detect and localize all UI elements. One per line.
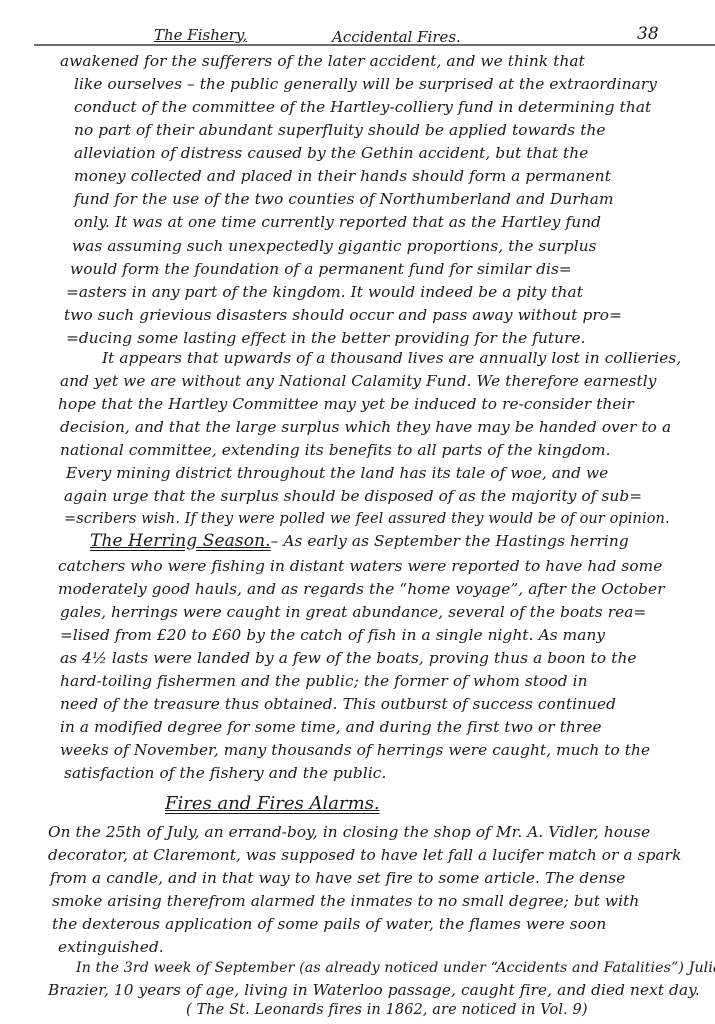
text-line: =ducing some lasting effect in the bette… <box>66 328 586 348</box>
text-line: =lised from £20 to £60 by the catch of f… <box>60 625 605 645</box>
text-line: again urge that the surplus should be di… <box>64 486 642 506</box>
text-line: was assuming such unexpectedly gigantic … <box>72 236 597 256</box>
text-line: as 4½ lasts were landed by a few of the … <box>60 648 637 668</box>
text-line: =scribers wish. If they were polled we f… <box>64 509 670 529</box>
text-line: decision, and that the large surplus whi… <box>60 417 671 437</box>
text-line: smoke arising therefrom alarmed the inma… <box>52 891 639 911</box>
footnote: ( The St. Leonards fires in 1862, are no… <box>186 1000 588 1020</box>
text-line: like ourselves – the public generally wi… <box>74 74 657 94</box>
text-line: weeks of November, many thousands of her… <box>60 740 650 760</box>
text-line: moderately good hauls, and as regards th… <box>58 579 665 599</box>
text-line: the dexterous application of some pails … <box>52 914 606 934</box>
text-line: fund for the use of the two counties of … <box>74 189 614 209</box>
text-line: Every mining district throughout the lan… <box>66 463 608 483</box>
text-line: money collected and placed in their hand… <box>74 166 611 186</box>
text-line: On the 25th of July, an errand-boy, in c… <box>48 822 650 842</box>
text-line: alleviation of distress caused by the Ge… <box>74 143 588 163</box>
section-heading-herring-season: The Herring Season. <box>90 531 271 551</box>
text-line: Brazier, 10 years of age, living in Wate… <box>48 980 700 1000</box>
page-number: 38 <box>637 24 659 44</box>
text-line: It appears that upwards of a thousand li… <box>102 348 681 368</box>
text-line: satisfaction of the fishery and the publ… <box>64 763 386 783</box>
text-line: decorator, at Claremont, was supposed to… <box>48 845 681 865</box>
text-line: In the 3rd week of September (as already… <box>76 958 715 978</box>
text-line: national committee, extending its benefi… <box>60 440 611 460</box>
header-topic-title: Accidental Fires. <box>332 28 461 46</box>
text-line: hope that the Hartley Committee may yet … <box>58 394 634 414</box>
text-line: from a candle, and in that way to have s… <box>50 868 625 888</box>
text-line: in a modified degree for some time, and … <box>60 717 602 737</box>
text-line: and yet we are without any National Cala… <box>60 371 657 391</box>
text-fragment: – As early as September the Hastings her… <box>271 532 629 550</box>
page-header: The Fishery, Accidental Fires. 38 <box>34 22 715 50</box>
text-line: awakened for the sufferers of the later … <box>60 51 585 71</box>
text-line: only. It was at one time currently repor… <box>74 212 601 232</box>
header-section-title: The Fishery, <box>154 26 247 44</box>
text-line: gales, herrings were caught in great abu… <box>60 602 646 622</box>
text-line: extinguished. <box>58 937 164 957</box>
text-line: no part of their abundant superfluity sh… <box>74 120 606 140</box>
herring-first-line: The Herring Season.– As early as Septemb… <box>90 531 629 551</box>
text-line: would form the foundation of a permanent… <box>70 259 572 279</box>
text-line: two such grievious disasters should occu… <box>64 305 622 325</box>
text-line: need of the treasure thus obtained. This… <box>60 694 616 714</box>
text-line: conduct of the committee of the Hartley-… <box>74 97 651 117</box>
text-line: hard-toiling fishermen and the public; t… <box>60 671 588 691</box>
text-line: catchers who were fishing in distant wat… <box>58 556 662 576</box>
text-line: =asters in any part of the kingdom. It w… <box>66 282 583 302</box>
manuscript-page: The Fishery, Accidental Fires. 38 awaken… <box>0 0 715 1024</box>
section-heading-fires: Fires and Fires Alarms. <box>165 793 380 814</box>
